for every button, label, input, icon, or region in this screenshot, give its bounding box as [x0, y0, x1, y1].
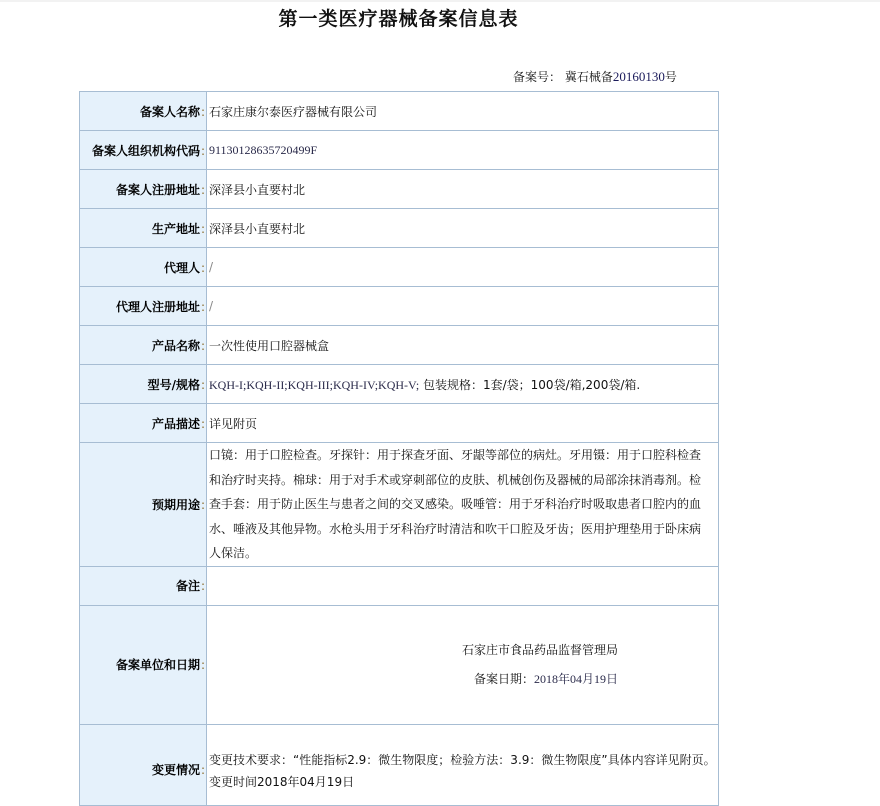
agent-value: / — [207, 248, 719, 287]
row-label: 生产地址: — [80, 209, 207, 248]
filing-unit-box: 石家庄市食品药品监督管理局 备案日期：2018年04月19日 — [209, 636, 718, 694]
row-label: 代理人注册地址: — [80, 287, 207, 326]
applicant-address-value: 深泽县小直要村北 — [207, 170, 719, 209]
table-row-product-name: 产品名称: 一次性使用口腔器械盒 — [80, 326, 719, 365]
page-title: 第一类医疗器械备案信息表 — [0, 4, 797, 31]
remarks-value — [207, 566, 719, 605]
table-row-applicant-address: 备案人注册地址: 深泽县小直要村北 — [80, 170, 719, 209]
table-row-filing-unit: 备案单位和日期: 石家庄市食品药品监督管理局 备案日期：2018年04月19日 — [80, 605, 719, 724]
record-number: 备案号： 冀石械备20160130号 — [513, 68, 677, 85]
filing-unit-name: 石家庄市食品药品监督管理局 — [209, 636, 618, 665]
table-row-applicant-name: 备案人名称: 石家庄康尔泰医疗器械有限公司 — [80, 92, 719, 131]
table-row-product-desc: 产品描述: 详见附页 — [80, 404, 719, 443]
row-label: 产品描述: — [80, 404, 207, 443]
table-row-model-spec: 型号/规格: KQH-I;KQH-II;KQH-III;KQH-IV;KQH-V… — [80, 365, 719, 404]
filing-date: 备案日期：2018年04月19日 — [209, 665, 618, 694]
row-label: 备案人名称: — [80, 92, 207, 131]
intended-use-value: 口镜：用于口腔检查。牙探针：用于探查牙面、牙龈等部位的病灶。牙用镊：用于口腔科检… — [207, 443, 719, 567]
row-label: 备案单位和日期: — [80, 605, 207, 724]
row-label: 备案人组织机构代码: — [80, 131, 207, 170]
row-label: 型号/规格: — [80, 365, 207, 404]
row-label: 变更情况: — [80, 724, 207, 761]
record-info-table: 备案人名称: 石家庄康尔泰医疗器械有限公司 备案人组织机构代码: 9113012… — [79, 91, 719, 761]
table-row-change: 变更情况: 变更技术要求：“性能指标2.9：微生物限度；检验方法：3.9：微生物… — [80, 724, 719, 761]
table-row-intended-use: 预期用途: 口镜：用于口腔检查。牙探针：用于探查牙面、牙龈等部位的病灶。牙用镊：… — [80, 443, 719, 567]
row-label: 产品名称: — [80, 326, 207, 365]
row-label: 备注: — [80, 566, 207, 605]
record-number-label: 备案号： — [513, 70, 561, 84]
record-number-digits: 20160130 — [613, 69, 665, 84]
table-row-org-code: 备案人组织机构代码: 91130128635720499F — [80, 131, 719, 170]
record-number-prefix: 冀石械备 — [565, 70, 613, 84]
org-code-value: 91130128635720499F — [207, 131, 719, 170]
production-address-value: 深泽县小直要村北 — [207, 209, 719, 248]
agent-address-value: / — [207, 287, 719, 326]
record-number-suffix: 号 — [665, 70, 677, 84]
change-description: 变更技术要求：“性能指标2.9：微生物限度；检验方法：3.9：微生物限度”具体内… — [209, 749, 718, 762]
table-row-agent-address: 代理人注册地址: / — [80, 287, 719, 326]
table-row-agent: 代理人: / — [80, 248, 719, 287]
top-divider — [0, 0, 880, 2]
table-row-remarks: 备注: — [80, 566, 719, 605]
row-label: 备案人注册地址: — [80, 170, 207, 209]
table-row-production-address: 生产地址: 深泽县小直要村北 — [80, 209, 719, 248]
row-label: 代理人: — [80, 248, 207, 287]
change-box: 变更技术要求：“性能指标2.9：微生物限度；检验方法：3.9：微生物限度”具体内… — [209, 737, 718, 762]
product-name-value: 一次性使用口腔器械盒 — [207, 326, 719, 365]
product-desc-value: 详见附页 — [207, 404, 719, 443]
filing-unit-value: 石家庄市食品药品监督管理局 备案日期：2018年04月19日 — [207, 605, 719, 724]
applicant-name-value: 石家庄康尔泰医疗器械有限公司 — [207, 92, 719, 131]
row-label: 预期用途: — [80, 443, 207, 567]
change-value: 变更技术要求：“性能指标2.9：微生物限度；检验方法：3.9：微生物限度”具体内… — [207, 724, 719, 761]
model-spec-value: KQH-I;KQH-II;KQH-III;KQH-IV;KQH-V; 包装规格：… — [207, 365, 719, 404]
